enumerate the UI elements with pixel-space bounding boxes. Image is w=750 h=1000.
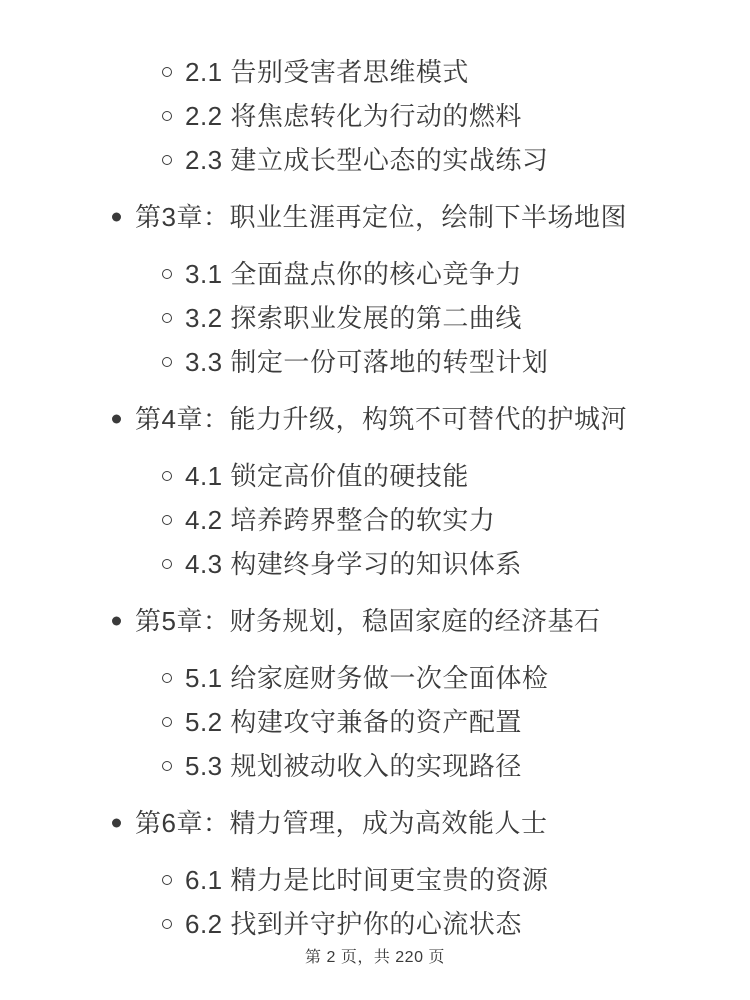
toc-item-label: 6.2 找到并守护你的心流状态 bbox=[185, 909, 522, 939]
toc-section-item: 4.3 构建终身学习的知识体系 bbox=[0, 542, 750, 586]
toc-item-label: 5.2 构建攻守兼备的资产配置 bbox=[185, 707, 522, 737]
toc-chapter-item: 第4章：能力升级，构筑不可替代的护城河 bbox=[0, 397, 750, 441]
bullet-circle-icon bbox=[162, 515, 172, 525]
bullet-circle-icon bbox=[162, 761, 172, 771]
bullet-circle-icon bbox=[162, 471, 172, 481]
bullet-disc-icon bbox=[112, 415, 121, 424]
bullet-disc-icon bbox=[112, 819, 121, 828]
toc-chapter-item: 第3章：职业生涯再定位，绘制下半场地图 bbox=[0, 195, 750, 239]
toc-item-label: 第6章：精力管理，成为高效能人士 bbox=[135, 808, 547, 838]
toc-section-item: 3.3 制定一份可落地的转型计划 bbox=[0, 340, 750, 384]
toc-section-item: 5.3 规划被动收入的实现路径 bbox=[0, 744, 750, 788]
toc-section-item: 5.1 给家庭财务做一次全面体检 bbox=[0, 656, 750, 700]
toc-chapter-item: 第6章：精力管理，成为高效能人士 bbox=[0, 801, 750, 845]
toc-section-item: 6.2 找到并守护你的心流状态 bbox=[0, 902, 750, 946]
toc-section-item: 5.2 构建攻守兼备的资产配置 bbox=[0, 700, 750, 744]
bullet-circle-icon bbox=[162, 919, 172, 929]
bullet-disc-icon bbox=[112, 617, 121, 626]
bullet-circle-icon bbox=[162, 717, 172, 727]
bullet-circle-icon bbox=[162, 357, 172, 367]
toc-item-label: 3.2 探索职业发展的第二曲线 bbox=[185, 303, 522, 333]
bullet-disc-icon bbox=[112, 213, 121, 222]
toc-item-label: 6.1 精力是比时间更宝贵的资源 bbox=[185, 865, 548, 895]
toc-item-label: 2.1 告别受害者思维模式 bbox=[185, 57, 469, 87]
toc-section-item: 2.3 建立成长型心态的实战练习 bbox=[0, 138, 750, 182]
toc-item-label: 4.2 培养跨界整合的软实力 bbox=[185, 505, 495, 535]
toc-chapter-item: 第5章：财务规划，稳固家庭的经济基石 bbox=[0, 599, 750, 643]
bullet-circle-icon bbox=[162, 269, 172, 279]
bullet-circle-icon bbox=[162, 67, 172, 77]
page-footer: 第 2 页，共 220 页 bbox=[0, 948, 750, 968]
toc-list: 2.1 告别受害者思维模式2.2 将焦虑转化为行动的燃料2.3 建立成长型心态的… bbox=[0, 0, 750, 946]
bullet-circle-icon bbox=[162, 559, 172, 569]
toc-item-label: 5.3 规划被动收入的实现路径 bbox=[185, 751, 522, 781]
toc-section-item: 4.1 锁定高价值的硬技能 bbox=[0, 454, 750, 498]
bullet-circle-icon bbox=[162, 673, 172, 683]
toc-section-item: 6.1 精力是比时间更宝贵的资源 bbox=[0, 858, 750, 902]
toc-item-label: 第4章：能力升级，构筑不可替代的护城河 bbox=[135, 404, 627, 434]
toc-item-label: 第5章：财务规划，稳固家庭的经济基石 bbox=[135, 606, 600, 636]
bullet-circle-icon bbox=[162, 111, 172, 121]
toc-section-item: 3.2 探索职业发展的第二曲线 bbox=[0, 296, 750, 340]
toc-item-label: 4.1 锁定高价值的硬技能 bbox=[185, 461, 469, 491]
toc-item-label: 5.1 给家庭财务做一次全面体检 bbox=[185, 663, 548, 693]
toc-section-item: 2.2 将焦虑转化为行动的燃料 bbox=[0, 94, 750, 138]
toc-section-item: 2.1 告别受害者思维模式 bbox=[0, 50, 750, 94]
bullet-circle-icon bbox=[162, 313, 172, 323]
toc-item-label: 3.3 制定一份可落地的转型计划 bbox=[185, 347, 548, 377]
toc-item-label: 2.3 建立成长型心态的实战练习 bbox=[185, 145, 548, 175]
bullet-circle-icon bbox=[162, 875, 172, 885]
bullet-circle-icon bbox=[162, 155, 172, 165]
toc-item-label: 4.3 构建终身学习的知识体系 bbox=[185, 549, 522, 579]
toc-section-item: 3.1 全面盘点你的核心竞争力 bbox=[0, 252, 750, 296]
document-page: 2.1 告别受害者思维模式2.2 将焦虑转化为行动的燃料2.3 建立成长型心态的… bbox=[0, 0, 750, 1000]
toc-section-item: 4.2 培养跨界整合的软实力 bbox=[0, 498, 750, 542]
page-number-text: 第 2 页，共 220 页 bbox=[305, 949, 445, 966]
toc-item-label: 3.1 全面盘点你的核心竞争力 bbox=[185, 259, 522, 289]
toc-item-label: 第3章：职业生涯再定位，绘制下半场地图 bbox=[135, 202, 627, 232]
toc-item-label: 2.2 将焦虑转化为行动的燃料 bbox=[185, 101, 522, 131]
